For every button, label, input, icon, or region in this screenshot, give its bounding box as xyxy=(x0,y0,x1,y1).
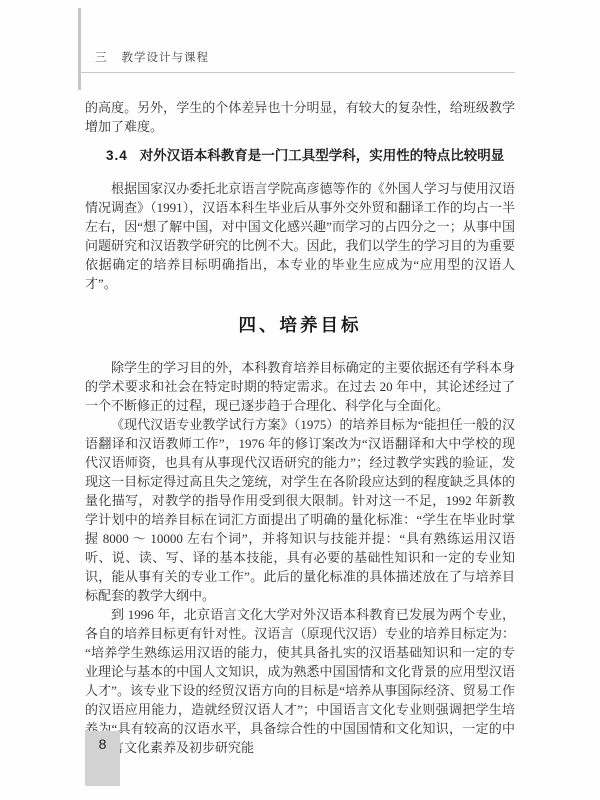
main-text-block: 的高度。另外，学生的个体差异也十分明显，有较大的复杂性，给班级教学增加了难度。 … xyxy=(85,98,515,757)
paragraph-survey: 根据国家汉办委托北京语言学院高彦德等作的《外国人学习与使用汉语情况调查》（199… xyxy=(85,179,515,293)
chapter-number: 三 xyxy=(95,52,108,64)
page-number-box: 8 xyxy=(85,731,120,786)
running-title: 教学设计与课程 xyxy=(122,52,210,64)
page-number: 8 xyxy=(85,736,120,752)
subsection-number: 3.4 xyxy=(106,148,128,163)
paragraph-basis: 除学生的学习目的外，本科教育培养目标确定的主要依据还有学科本身的学术要求和社会在… xyxy=(85,358,515,415)
header-rule xyxy=(78,72,515,73)
paragraph-continuation: 的高度。另外，学生的个体差异也十分明显，有较大的复杂性，给班级教学增加了难度。 xyxy=(85,98,515,136)
paragraph-plan: 《现代汉语专业教学试行方案》（1975）的培养目标为“能担任一般的汉语翻译和汉语… xyxy=(85,415,515,605)
paragraph-1996: 到 1996 年，北京语言文化大学对外汉语本科教育已发展为两个专业，各自的培养目… xyxy=(85,605,515,757)
section-heading: 四、培养目标 xyxy=(85,311,515,339)
running-header: 三教学设计与课程 xyxy=(95,49,209,65)
book-page: 三教学设计与课程 的高度。另外，学生的个体差异也十分明显，有较大的复杂性，给班级… xyxy=(0,0,600,800)
scan-artifact-line xyxy=(78,8,81,90)
subsection-heading: 3.4对外汉语本科教育是一门工具型学科，实用性的特点比较明显 xyxy=(85,146,515,166)
subsection-title: 对外汉语本科教育是一门工具型学科，实用性的特点比较明显 xyxy=(140,148,505,163)
